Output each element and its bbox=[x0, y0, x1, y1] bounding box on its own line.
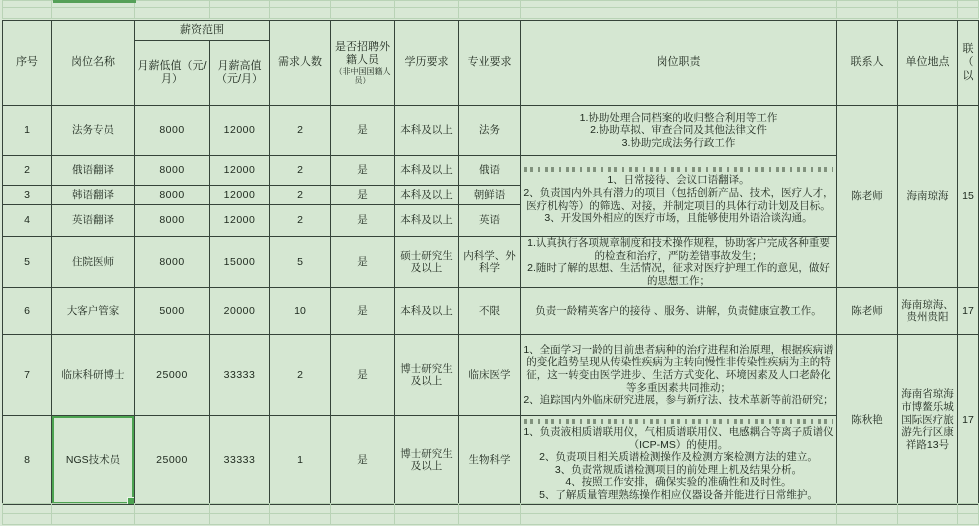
empty-cell[interactable] bbox=[395, 8, 459, 19]
cell-location-block3[interactable]: 海南省琼海市博鳌乐城国际医疗旅游先行区康祥路13号 bbox=[898, 335, 958, 505]
empty-cell[interactable] bbox=[521, 1, 837, 8]
cell-seq[interactable]: 4 bbox=[3, 205, 52, 237]
spreadsheet-view: 序号 岗位名称 薪资范围 需求人数 是否招聘外籍人员 （非中国国籍人员） 学历要… bbox=[0, 0, 979, 526]
cell-headcount[interactable]: 10 bbox=[270, 288, 331, 335]
cell-headcount[interactable]: 5 bbox=[270, 237, 331, 288]
empty-cell[interactable] bbox=[210, 504, 270, 514]
empty-cell[interactable] bbox=[898, 504, 958, 514]
empty-cell[interactable] bbox=[135, 514, 210, 525]
cell-phone-block2[interactable]: 17 bbox=[958, 288, 979, 335]
cell-seq[interactable]: 7 bbox=[3, 335, 52, 416]
empty-cell[interactable] bbox=[270, 8, 331, 19]
cell-foreign[interactable]: 是 bbox=[331, 237, 395, 288]
cell-headcount[interactable]: 2 bbox=[270, 106, 331, 156]
cell-contact-block1[interactable]: 陈老师 bbox=[837, 106, 898, 288]
cell-headcount[interactable]: 1 bbox=[270, 416, 331, 505]
header-salary-min[interactable]: 月薪低值（元/月） bbox=[135, 41, 210, 106]
clipped-text-artifact bbox=[524, 419, 833, 424]
header-duties[interactable]: 岗位职责 bbox=[521, 21, 837, 106]
empty-cell[interactable] bbox=[135, 504, 210, 514]
selected-cell-text: NGS技术员 bbox=[66, 454, 120, 466]
empty-cell[interactable] bbox=[837, 514, 898, 525]
empty-cell[interactable] bbox=[135, 1, 210, 8]
cell-seq[interactable]: 2 bbox=[3, 156, 52, 186]
cell-duties[interactable]: 1.认真执行各项规章制度和技术操作规程，协助客户完成各种重要的检查和治疗，严防差… bbox=[521, 237, 837, 288]
cell-phone-block1[interactable]: 15 bbox=[958, 106, 979, 288]
empty-cell[interactable] bbox=[958, 1, 979, 8]
cell-seq[interactable]: 3 bbox=[3, 186, 52, 205]
cell-salary-min[interactable]: 8000 bbox=[135, 205, 210, 237]
empty-cell[interactable] bbox=[210, 1, 270, 8]
clipped-text-artifact bbox=[524, 167, 833, 172]
header-headcount[interactable]: 需求人数 bbox=[270, 21, 331, 106]
empty-cell[interactable] bbox=[270, 1, 331, 8]
cell-education[interactable]: 博士研究生及以上 bbox=[395, 335, 459, 416]
cell-headcount[interactable]: 2 bbox=[270, 335, 331, 416]
cell-headcount[interactable]: 2 bbox=[270, 156, 331, 186]
cell-salary-max[interactable]: 15000 bbox=[210, 237, 270, 288]
cell-salary-min[interactable]: 8000 bbox=[135, 237, 210, 288]
cell-salary-max[interactable]: 20000 bbox=[210, 288, 270, 335]
cell-seq[interactable]: 1 bbox=[3, 106, 52, 156]
empty-cell[interactable] bbox=[521, 514, 837, 525]
cell-position[interactable]: 英语翻译 bbox=[52, 205, 135, 237]
empty-cell[interactable] bbox=[521, 8, 837, 19]
header-salary-max[interactable]: 月薪高值（元/月） bbox=[210, 41, 270, 106]
cell-major[interactable]: 不限 bbox=[459, 288, 521, 335]
cell-salary-min[interactable]: 5000 bbox=[135, 288, 210, 335]
cell-headcount[interactable]: 2 bbox=[270, 186, 331, 205]
cell-major[interactable]: 内科学、外科学 bbox=[459, 237, 521, 288]
header-salary-group[interactable]: 薪资范围 bbox=[135, 21, 270, 41]
empty-cell[interactable] bbox=[331, 1, 395, 8]
empty-cell[interactable] bbox=[395, 504, 459, 514]
cell-seq[interactable]: 8 bbox=[3, 416, 52, 505]
cell-foreign[interactable]: 是 bbox=[331, 416, 395, 505]
cell-foreign[interactable]: 是 bbox=[331, 186, 395, 205]
cell-education[interactable]: 博士研究生及以上 bbox=[395, 416, 459, 505]
cell-major[interactable]: 朝鲜语 bbox=[459, 186, 521, 205]
selection-accent-bar bbox=[53, 0, 136, 3]
cell-salary-min[interactable]: 25000 bbox=[135, 416, 210, 505]
cell-salary-max[interactable]: 12000 bbox=[210, 156, 270, 186]
header-contact[interactable]: 联系人 bbox=[837, 21, 898, 106]
cell-education[interactable]: 本科及以上 bbox=[395, 106, 459, 156]
cell-position[interactable]: 韩语翻译 bbox=[52, 186, 135, 205]
partial-rows-above bbox=[2, 0, 979, 19]
cell-headcount[interactable]: 2 bbox=[270, 205, 331, 237]
header-position[interactable]: 岗位名称 bbox=[52, 21, 135, 106]
cell-duties-merged-2-4[interactable]: 1、日常接待、会议口语翻译。 2、负责国内外具有潜力的项目（包括创新产品、技术，… bbox=[521, 156, 837, 237]
header-education[interactable]: 学历要求 bbox=[395, 21, 459, 106]
empty-cell[interactable] bbox=[459, 504, 521, 514]
cell-foreign[interactable]: 是 bbox=[331, 288, 395, 335]
cell-position[interactable]: 俄语翻译 bbox=[52, 156, 135, 186]
empty-cell[interactable] bbox=[3, 8, 52, 19]
empty-cell[interactable] bbox=[270, 514, 331, 525]
cell-position[interactable]: 住院医师 bbox=[52, 237, 135, 288]
duties-text: 1、日常接待、会议口语翻译。 2、负责国内外具有潜力的项目（包括创新产品、技术，… bbox=[523, 174, 833, 224]
cell-duties[interactable]: 1.协助处理合同档案的收归整合利用等工作 2.协助草拟、审查合同及其他法律文件 … bbox=[521, 106, 837, 156]
fill-handle[interactable] bbox=[127, 497, 135, 505]
empty-cell[interactable] bbox=[837, 8, 898, 19]
cell-position[interactable]: 法务专员 bbox=[52, 106, 135, 156]
empty-cell[interactable] bbox=[331, 514, 395, 525]
empty-cell[interactable] bbox=[210, 8, 270, 19]
empty-cell[interactable] bbox=[898, 514, 958, 525]
cell-major[interactable]: 俄语 bbox=[459, 156, 521, 186]
empty-cell[interactable] bbox=[52, 514, 135, 525]
empty-cell[interactable] bbox=[837, 1, 898, 8]
cell-salary-max[interactable]: 12000 bbox=[210, 205, 270, 237]
cell-foreign[interactable]: 是 bbox=[331, 156, 395, 186]
cell-salary-min[interactable]: 8000 bbox=[135, 186, 210, 205]
cell-seq[interactable]: 5 bbox=[3, 237, 52, 288]
empty-cell[interactable] bbox=[958, 514, 979, 525]
cell-foreign[interactable]: 是 bbox=[331, 335, 395, 416]
header-major[interactable]: 专业要求 bbox=[459, 21, 521, 106]
cell-seq[interactable]: 6 bbox=[3, 288, 52, 335]
empty-cell[interactable] bbox=[3, 504, 52, 514]
header-foreign-main: 是否招聘外籍人员 bbox=[335, 41, 390, 66]
empty-cell[interactable] bbox=[52, 8, 135, 19]
cell-education[interactable]: 本科及以上 bbox=[395, 156, 459, 186]
cell-salary-max[interactable]: 12000 bbox=[210, 186, 270, 205]
cell-foreign[interactable]: 是 bbox=[331, 106, 395, 156]
empty-cell[interactable] bbox=[331, 504, 395, 514]
cell-contact-block3[interactable]: 陈秋艳 bbox=[837, 335, 898, 505]
cell-location-block2[interactable]: 海南琼海、贵州贵阳 bbox=[898, 288, 958, 335]
empty-cell[interactable] bbox=[898, 8, 958, 19]
empty-cell[interactable] bbox=[395, 514, 459, 525]
cell-contact-block2[interactable]: 陈老师 bbox=[837, 288, 898, 335]
empty-cell[interactable] bbox=[331, 8, 395, 19]
cell-education[interactable]: 硕士研究生及以上 bbox=[395, 237, 459, 288]
recruitment-table: 序号 岗位名称 薪资范围 需求人数 是否招聘外籍人员 （非中国国籍人员） 学历要… bbox=[2, 20, 979, 505]
cell-salary-min[interactable]: 8000 bbox=[135, 106, 210, 156]
empty-cell[interactable] bbox=[3, 514, 52, 525]
empty-cell[interactable] bbox=[837, 504, 898, 514]
empty-cell[interactable] bbox=[958, 504, 979, 514]
cell-position[interactable]: 大客户管家 bbox=[52, 288, 135, 335]
cell-salary-max[interactable]: 33333 bbox=[210, 416, 270, 505]
header-foreign[interactable]: 是否招聘外籍人员 （非中国国籍人员） bbox=[331, 21, 395, 106]
duties-text: 1、负责液相质谱联用仪，气相质谱联用仪、电感耦合等离子质谱仪（ICP-MS）的使… bbox=[523, 426, 833, 501]
cell-phone-block3[interactable]: 17 bbox=[958, 335, 979, 505]
cell-education[interactable]: 本科及以上 bbox=[395, 288, 459, 335]
header-location[interactable]: 单位地点 bbox=[898, 21, 958, 106]
cell-foreign[interactable]: 是 bbox=[331, 205, 395, 237]
header-phone-clipped[interactable]: 联 （ 以 bbox=[958, 21, 979, 106]
cell-duties[interactable]: 1、负责液相质谱联用仪，气相质谱联用仪、电感耦合等离子质谱仪（ICP-MS）的使… bbox=[521, 416, 837, 505]
cell-salary-max[interactable]: 12000 bbox=[210, 106, 270, 156]
cell-salary-max[interactable]: 33333 bbox=[210, 335, 270, 416]
cell-location-block1[interactable]: 海南琼海 bbox=[898, 106, 958, 288]
empty-cell[interactable] bbox=[395, 1, 459, 8]
header-foreign-sub: （非中国国籍人员） bbox=[333, 67, 392, 85]
empty-cell[interactable] bbox=[3, 1, 52, 8]
empty-cell[interactable] bbox=[459, 8, 521, 19]
cell-major[interactable]: 法务 bbox=[459, 106, 521, 156]
empty-cell[interactable] bbox=[52, 504, 135, 514]
empty-cell[interactable] bbox=[958, 8, 979, 19]
cell-position[interactable]: 临床科研博士 bbox=[52, 335, 135, 416]
header-seq[interactable]: 序号 bbox=[3, 21, 52, 106]
partial-rows-below bbox=[2, 503, 979, 525]
cell-duties[interactable]: 负责一龄精英客户的接待 、服务、讲解，负责健康宣教工作。 bbox=[521, 288, 837, 335]
empty-cell[interactable] bbox=[898, 1, 958, 8]
cell-education[interactable]: 本科及以上 bbox=[395, 186, 459, 205]
selected-cell-position[interactable]: NGS技术员 bbox=[52, 416, 135, 505]
empty-cell[interactable] bbox=[135, 8, 210, 19]
cell-major[interactable]: 临床医学 bbox=[459, 335, 521, 416]
cell-duties[interactable]: 1、全面学习一龄的目前患者病种的治疗进程和治原理，根据疾病谱的变化趋势呈现从传染… bbox=[521, 335, 837, 416]
cell-major[interactable]: 英语 bbox=[459, 205, 521, 237]
empty-cell[interactable] bbox=[459, 1, 521, 8]
empty-cell[interactable] bbox=[521, 504, 837, 514]
cell-education[interactable]: 本科及以上 bbox=[395, 205, 459, 237]
empty-cell[interactable] bbox=[459, 514, 521, 525]
cell-major[interactable]: 生物科学 bbox=[459, 416, 521, 505]
empty-cell[interactable] bbox=[270, 504, 331, 514]
cell-salary-min[interactable]: 8000 bbox=[135, 156, 210, 186]
empty-cell[interactable] bbox=[210, 514, 270, 525]
cell-salary-min[interactable]: 25000 bbox=[135, 335, 210, 416]
